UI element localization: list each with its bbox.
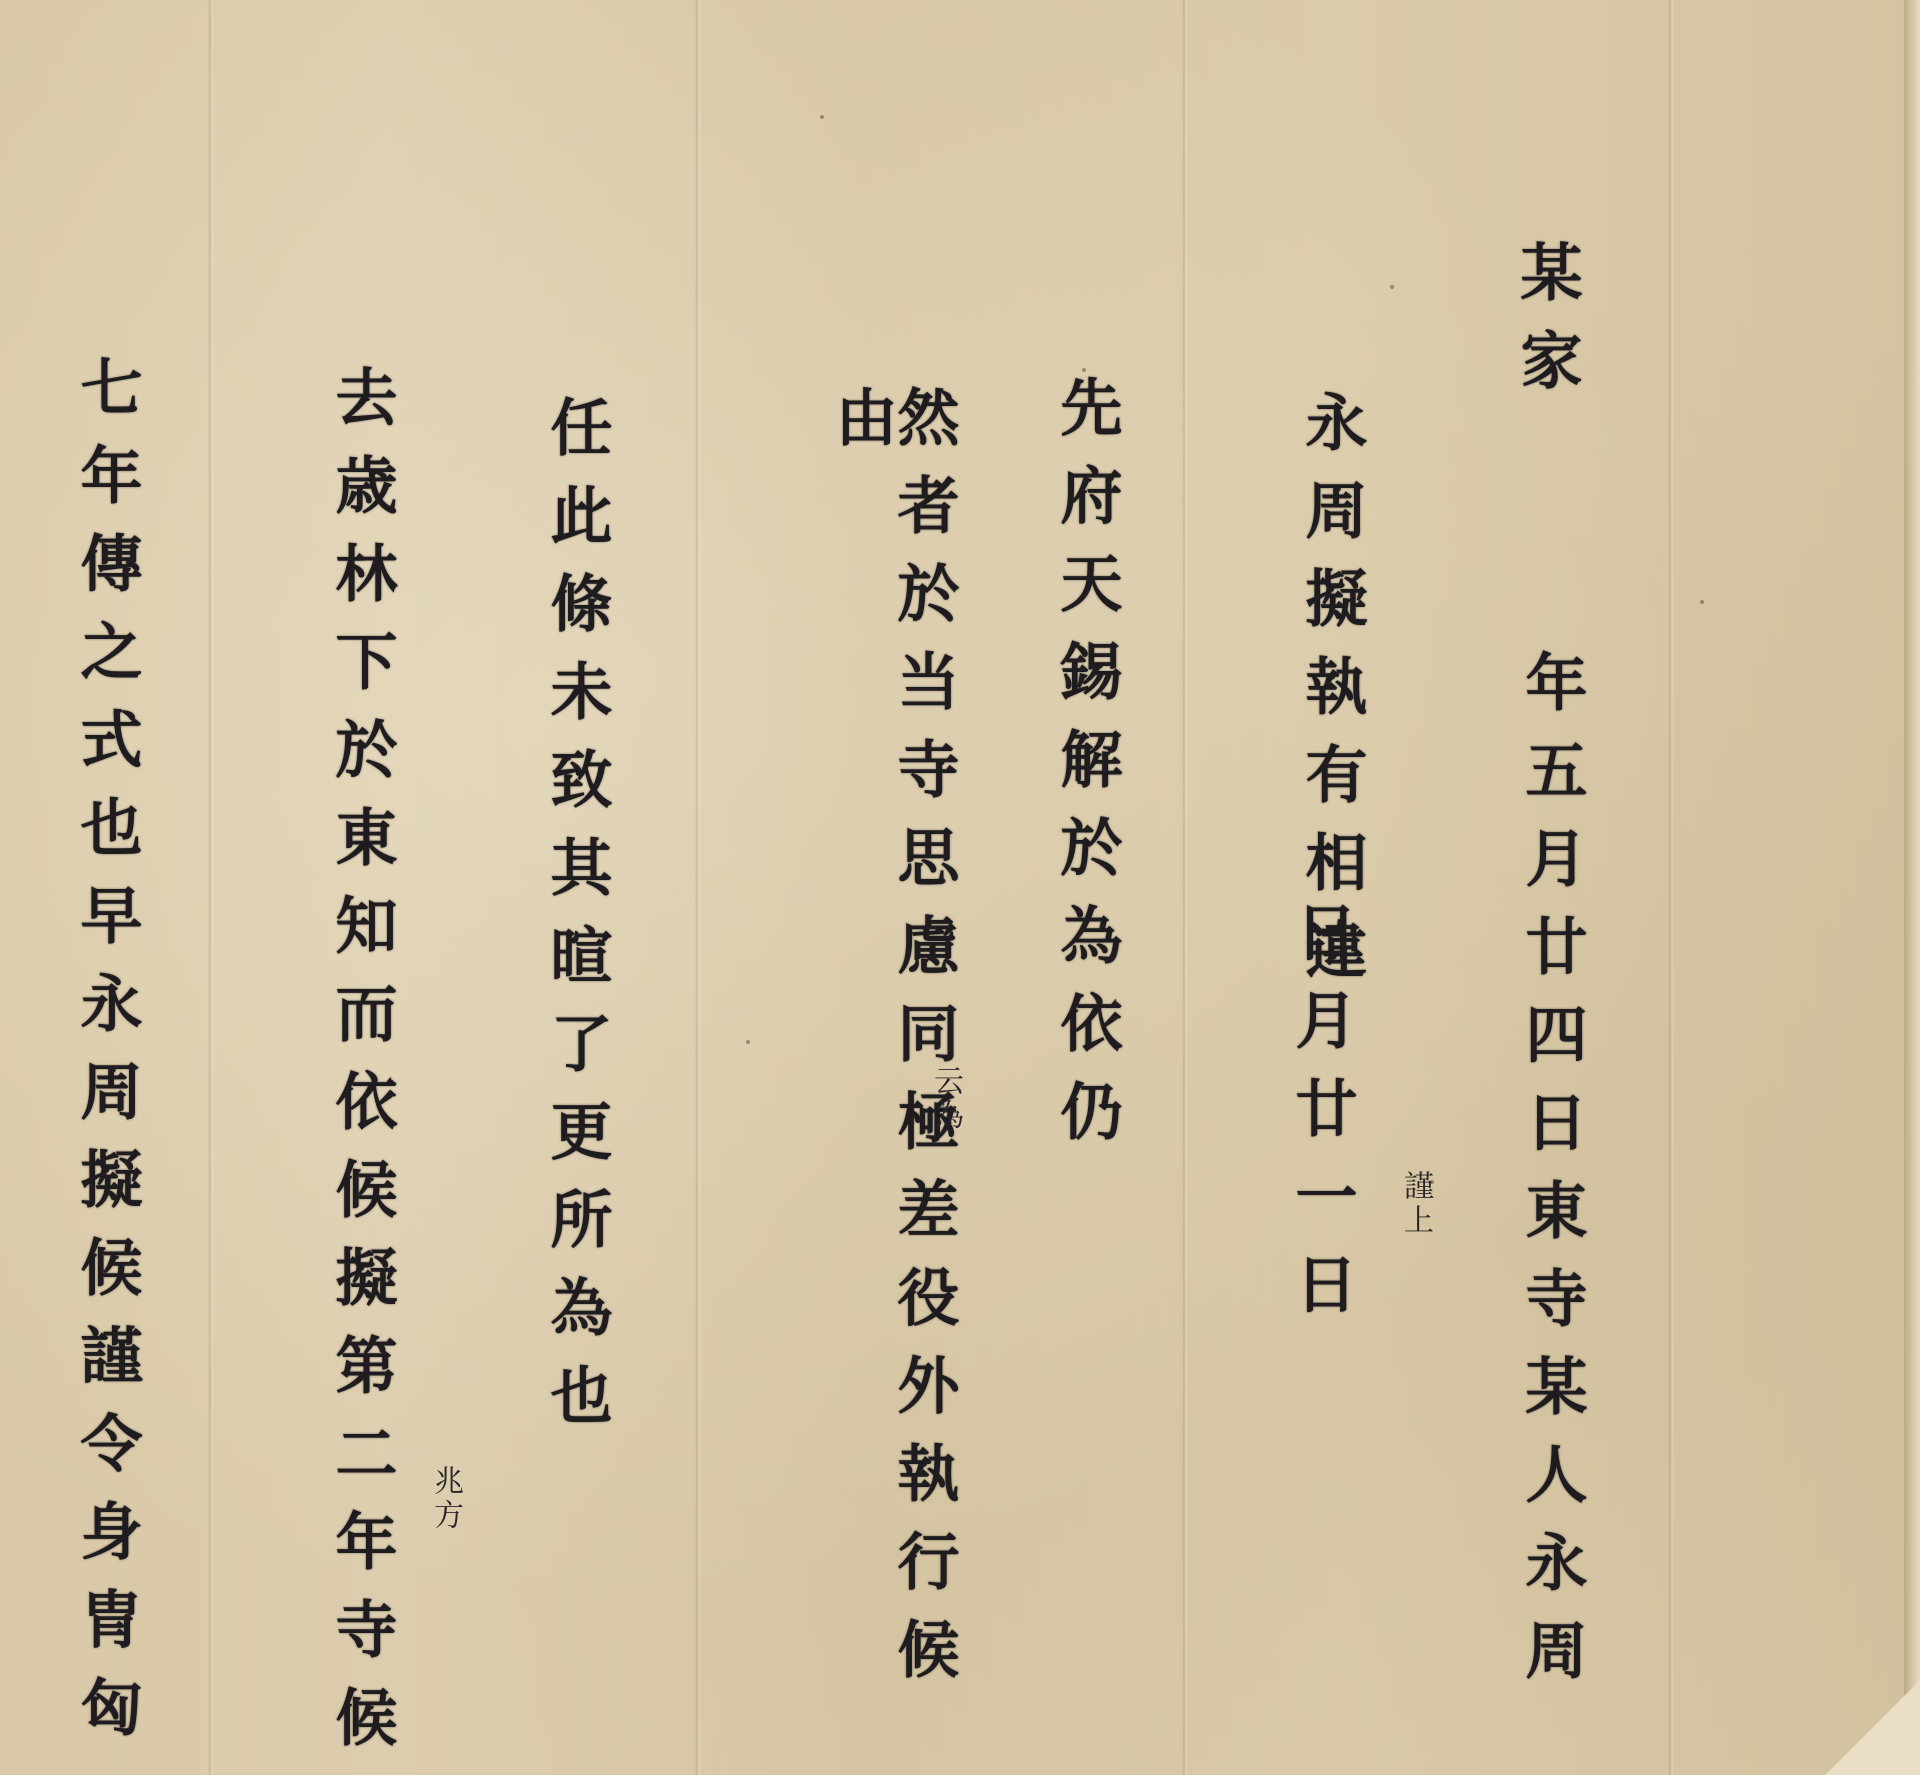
folded-corner (1825, 1680, 1920, 1775)
text-column-5: 先府天錫解於為依仍 (1055, 375, 1117, 1167)
text-column-4: 日月廿一日 (1290, 900, 1352, 1340)
interlinear-note-column-8: 兆方 (430, 1465, 460, 1533)
interlinear-note-column-6: 云為 (930, 1065, 960, 1133)
paper-speck (1082, 368, 1086, 372)
paper-fold-line (208, 0, 214, 1775)
text-column-1: 某家 (1515, 240, 1577, 416)
paper-fold-line (695, 0, 701, 1775)
text-column-8: 去歳林下於東知而依候擬第二年寺候 (330, 365, 392, 1773)
interlinear-note-column-4: 謹上 (1400, 1170, 1430, 1238)
paper-fold-line (1182, 0, 1188, 1775)
paper-speck (1700, 600, 1704, 604)
text-column-2: 年五月廿四日東寺某人永周 (1520, 650, 1582, 1706)
paper-fold-line (1668, 0, 1674, 1775)
paper-speck (1390, 285, 1394, 289)
paper-speck (746, 1040, 750, 1044)
text-column-9: 七年傳之式也早永周擬候謹令身冑匈 (75, 355, 137, 1763)
text-column-7: 任此條未致其暄了更所為也 (545, 395, 607, 1451)
paper-speck (820, 115, 824, 119)
document-paper: 某家 年五月廿四日東寺某人永周 永周擬執有相違 日月廿一日 謹上 先府天錫解於為… (0, 0, 1920, 1775)
paper-edge (1904, 0, 1920, 1775)
